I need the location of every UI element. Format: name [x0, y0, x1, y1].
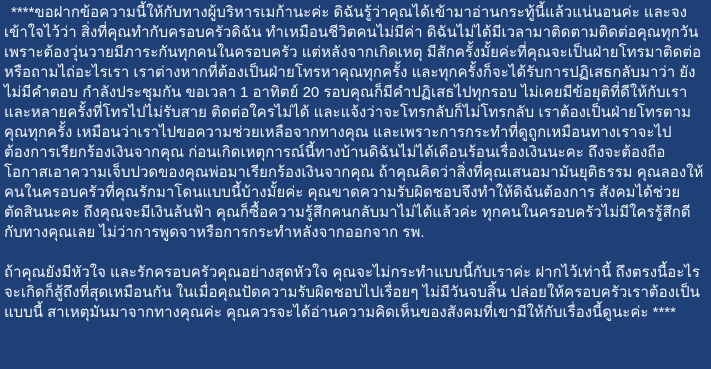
post-body: ****ขอฝากข้อความนี้ให้กับทางผู้บริหารเมก…	[0, 0, 711, 369]
post-paragraph-1: ****ขอฝากข้อความนี้ให้กับทางผู้บริหารเมก…	[4, 3, 708, 243]
post-paragraph-2: ถ้าคุณยังมีหัวใจ และรักครอบครัวคุณอย่างส…	[4, 263, 708, 323]
forum-post-background: { "page": { "background_color": "#1e4076…	[0, 0, 711, 369]
